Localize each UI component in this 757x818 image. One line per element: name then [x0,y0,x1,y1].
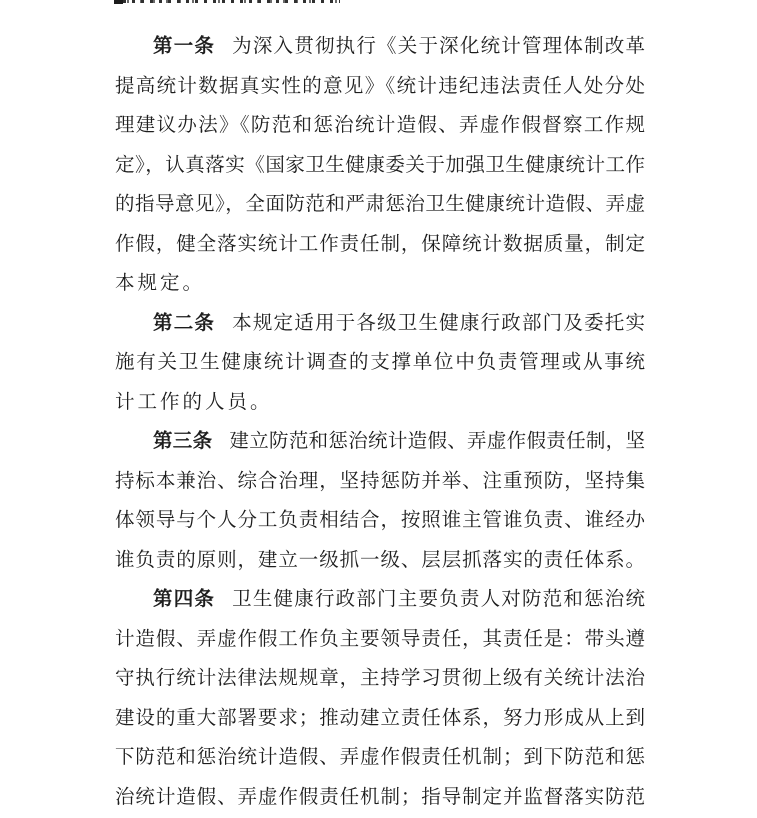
doc-text: 本规定适用于各级卫生健康行政部门及委托实 [232,313,645,334]
doc-line: 作假，健全落实统计工作责任制，保障统计数据质量，制定 [115,225,645,265]
doc-line: 施有关卫生健康统计调查的支撑单位中负责管理或从事统 [115,343,645,383]
doc-line: 定》，认真落实《国家卫生健康委关于加强卫生健康统计工作 [115,146,645,186]
article-1-marker: 第一条 [153,36,215,57]
doc-line: 计工作的人员。 [115,383,645,423]
doc-line: 第三条建立防范和惩治统计造假、弄虚作假责任制，坚 [115,422,645,462]
doc-text: 建立防范和惩治统计造假、弄虚作假责任制，坚 [229,431,645,452]
doc-text: 为深入贯彻执行《关于深化统计管理体制改革 [232,36,645,57]
doc-line: 第一条为深入贯彻执行《关于深化统计管理体制改革 [115,27,645,67]
doc-text: 卫生健康行政部门主要负责人对防范和惩治统 [232,589,645,610]
doc-line: 的指导意见》，全面防范和严肃惩治卫生健康统计造假、弄虚 [115,185,645,225]
doc-line: 治统计造假、弄虚作假责任机制；指导制定并监督落实防范 [115,778,645,818]
article-4-marker: 第四条 [153,589,215,610]
doc-line: 体领导与个人分工负责相结合，按照谁主管谁负责、谁经办 [115,501,645,541]
document-page: 第一条为深入贯彻执行《关于深化统计管理体制改革 提高统计数据真实性的意见》《统计… [0,0,757,818]
doc-line: 持标本兼治、综合治理，坚持惩防并举、注重预防，坚持集 [115,462,645,502]
doc-line: 谁负责的原则，建立一级抓一级、层层抓落实的责任体系。 [115,541,645,581]
doc-line: 提高统计数据真实性的意见》《统计违纪违法责任人处分处 [115,67,645,107]
doc-line: 本规定。 [115,264,645,304]
clipped-text-remnant [114,0,340,3]
doc-line: 第二条本规定适用于各级卫生健康行政部门及委托实 [115,304,645,344]
doc-line: 第四条卫生健康行政部门主要负责人对防范和惩治统 [115,580,645,620]
doc-line: 理建议办法》《防范和惩治统计造假、弄虚作假督察工作规 [115,106,645,146]
document-body: 第一条为深入贯彻执行《关于深化统计管理体制改革 提高统计数据真实性的意见》《统计… [115,27,645,817]
doc-line: 守执行统计法律法规规章，主持学习贯彻上级有关统计法治 [115,659,645,699]
article-2-marker: 第二条 [153,313,215,334]
doc-line: 建设的重大部署要求；推动建立责任体系，努力形成从上到 [115,699,645,739]
article-3-marker: 第三条 [153,431,212,452]
doc-line: 下防范和惩治统计造假、弄虚作假责任机制；到下防范和惩 [115,738,645,778]
doc-line: 计造假、弄虚作假工作负主要领导责任，其责任是：带头遵 [115,620,645,660]
